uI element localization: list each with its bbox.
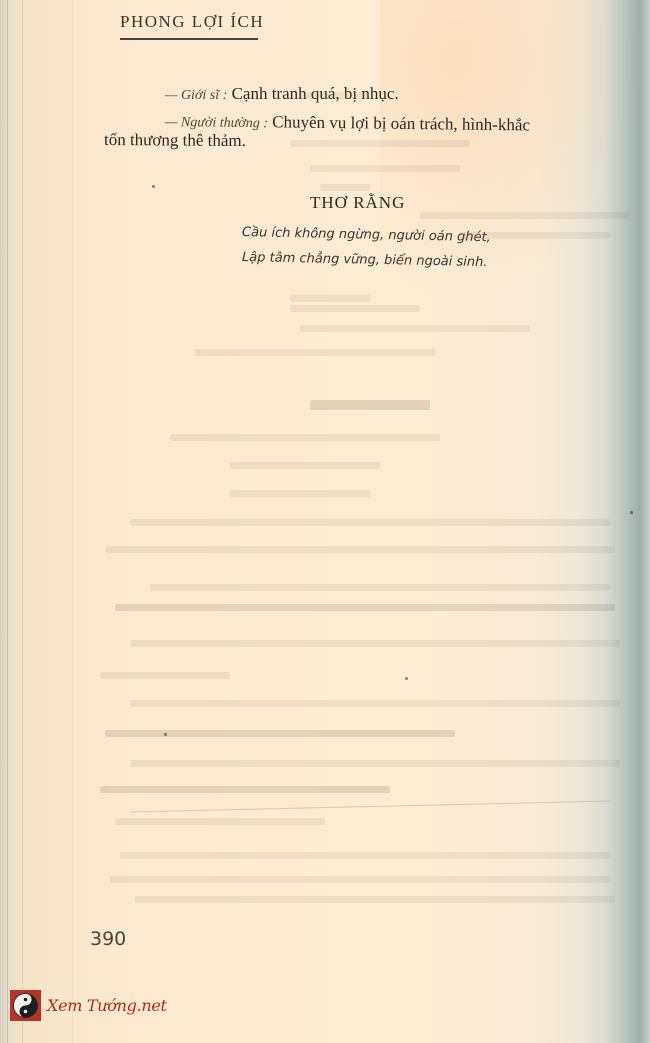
speaker-label: — Giới sĩ : <box>165 88 227 103</box>
line-text: tổn thương thê thảm. <box>104 130 246 150</box>
binding-edge-line <box>7 0 8 1043</box>
poem-line-1: Cầu ích không ngừng, người oán ghét, <box>242 225 491 245</box>
page-number: 390 <box>90 928 126 950</box>
speck <box>164 733 167 736</box>
paper-crease <box>130 801 610 815</box>
site-watermark: Xem Tướng.net <box>10 990 167 1021</box>
poem-line-2: Lập tâm chẳng vững, biến ngoài sinh. <box>242 250 488 270</box>
scanned-page: PHONG LỢI ÍCH — Giới sĩ : Cạnh tranh quá… <box>0 0 650 1043</box>
speck <box>630 511 633 514</box>
watermark-text: Xem Tướng.net <box>47 996 167 1015</box>
running-head: PHONG LỢI ÍCH <box>120 12 264 32</box>
speck <box>152 185 155 188</box>
binding-edge-line <box>22 0 23 1043</box>
line-text: Chuyên vụ lợi bị oán trách, hình-khắc <box>268 112 530 134</box>
body-line-continuation: tổn thương thê thảm. <box>104 130 246 151</box>
yin-yang-icon <box>10 990 41 1021</box>
poem-title: THƠ RẰNG <box>310 193 405 213</box>
speaker-label: — Người thường : <box>165 115 268 131</box>
running-head-underline <box>120 38 258 40</box>
binding-edge-line <box>72 0 73 1043</box>
speck <box>405 677 408 680</box>
